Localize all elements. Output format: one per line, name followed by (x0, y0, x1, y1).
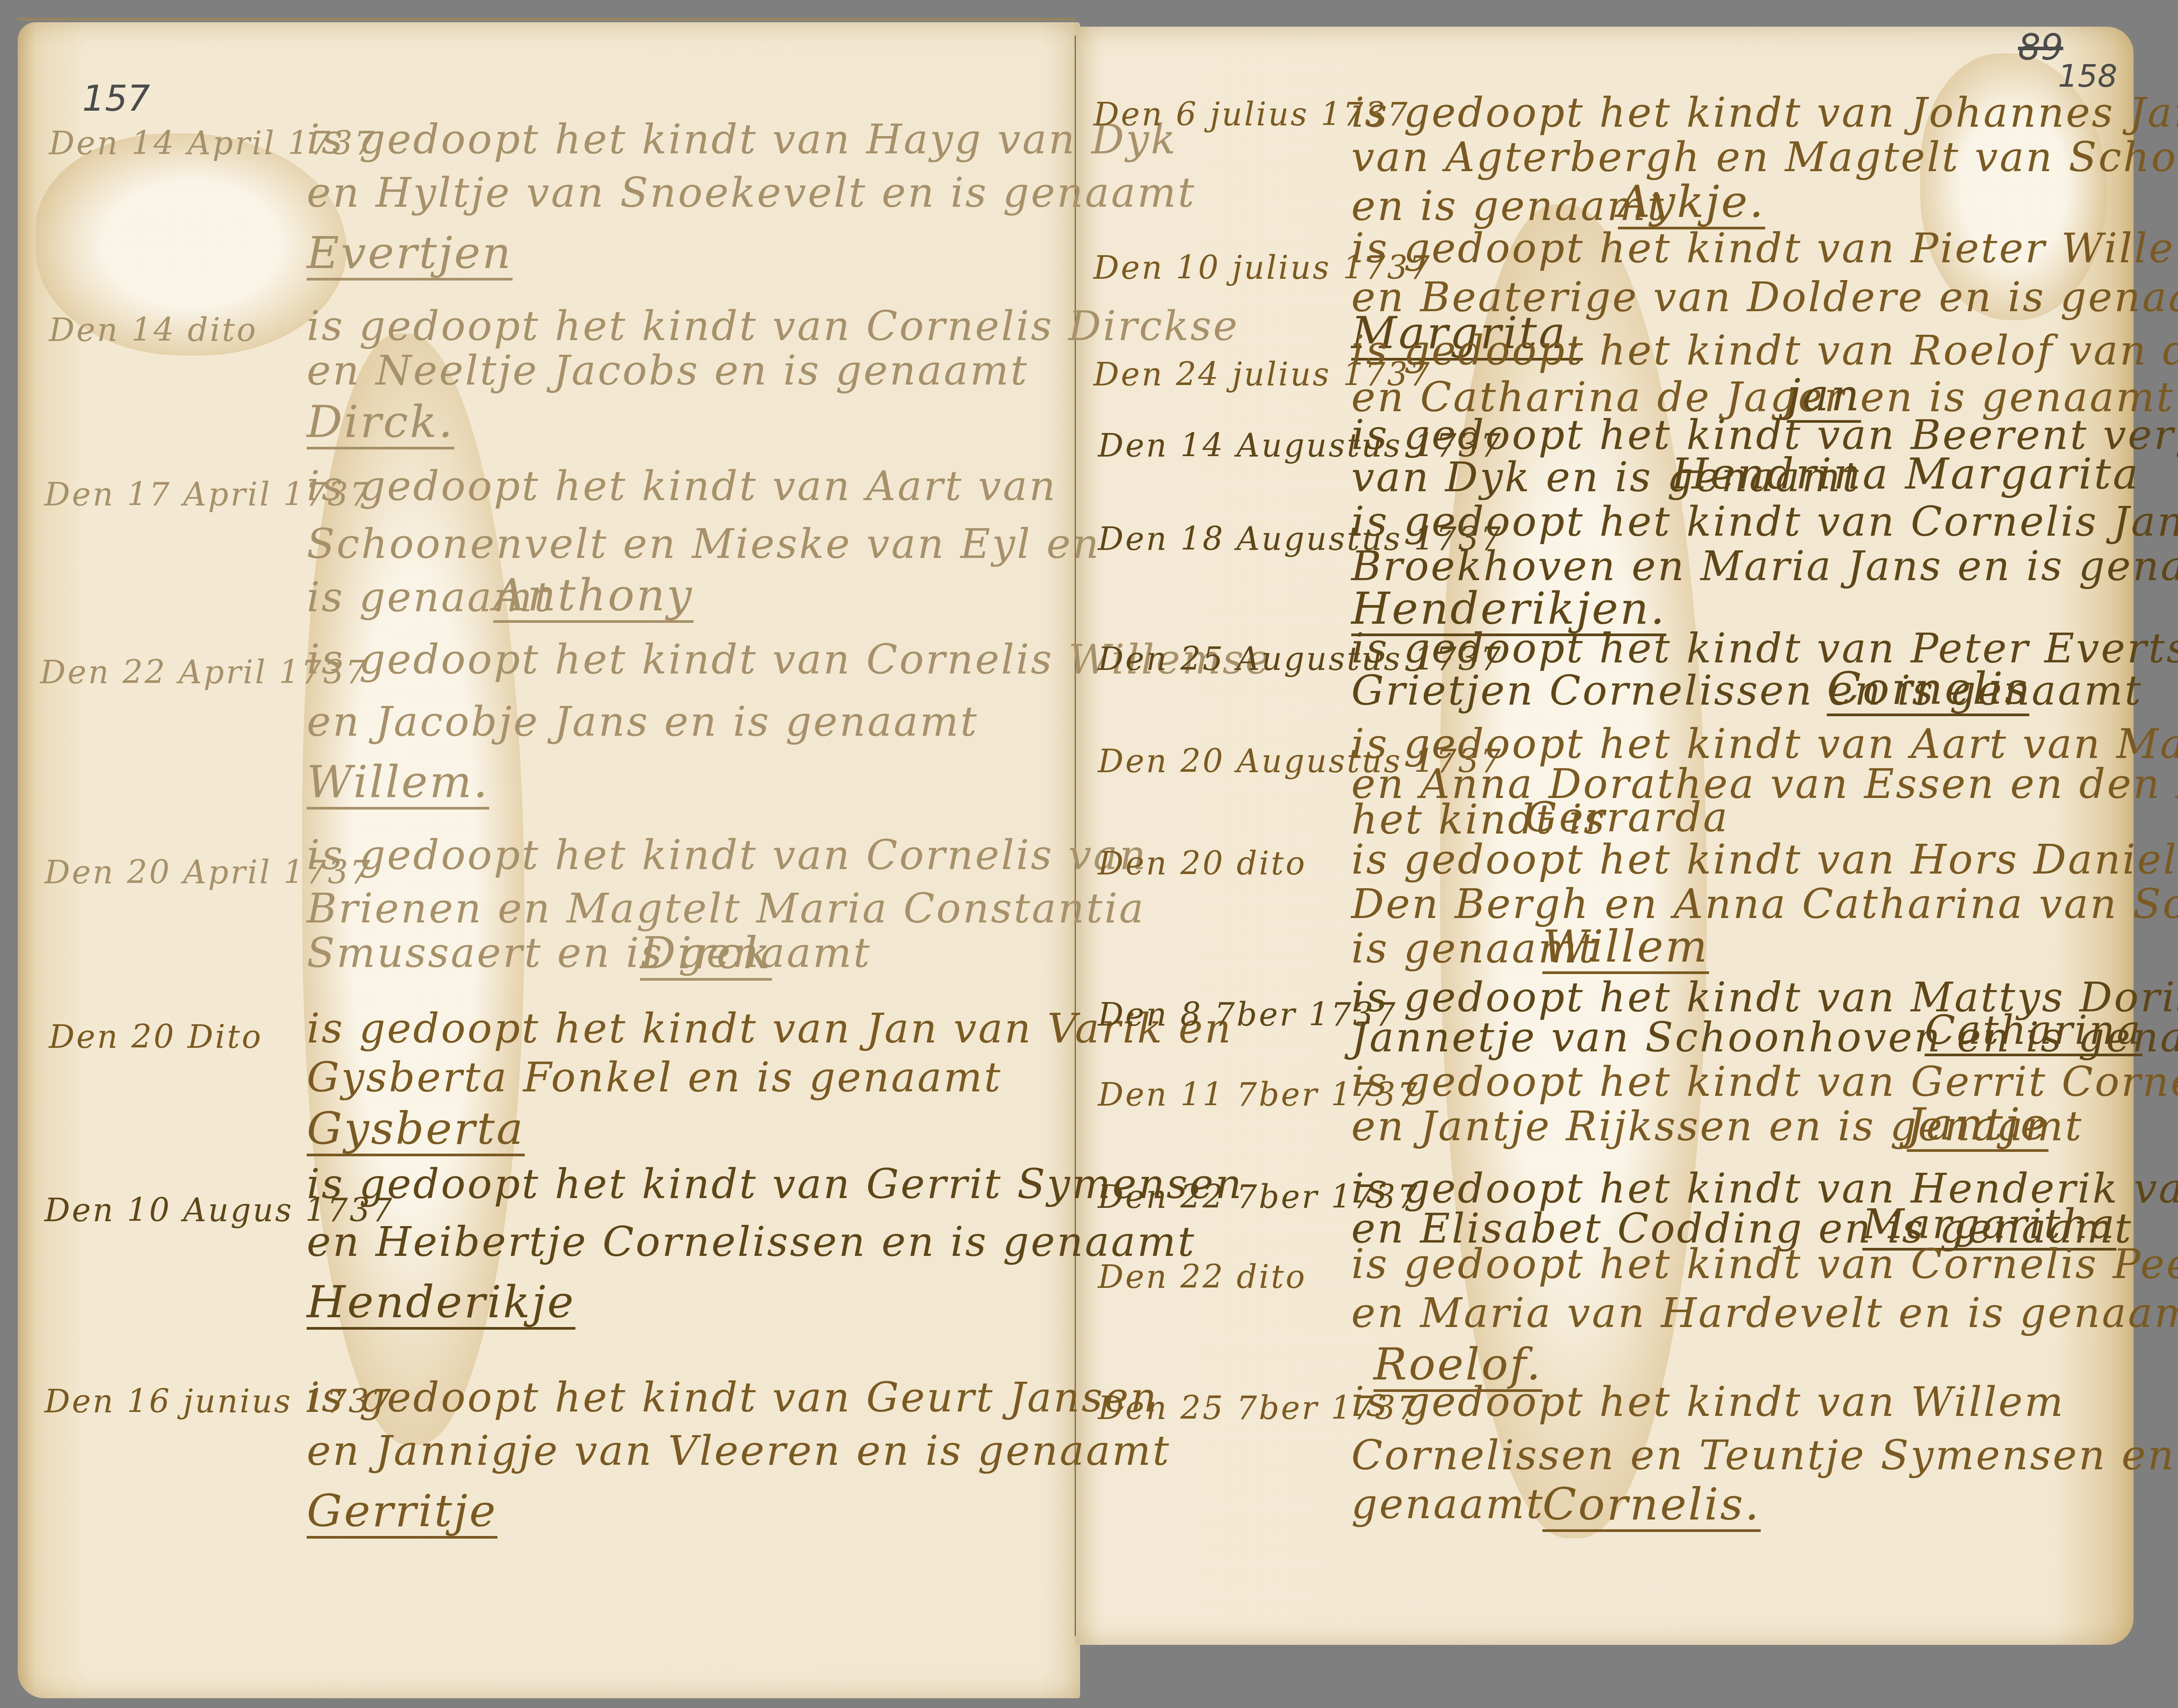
child-name: Cornelis. (1542, 1478, 1761, 1530)
entry-line: is gedoopt het kindt van Cornelis Dircks… (307, 302, 1239, 350)
child-name: Willem (1542, 920, 1709, 972)
entry-line: is gedoopt het kindt van Cornelis van (307, 831, 1148, 879)
child-name: Hendrina Margarita (1671, 449, 2140, 499)
entry-date: Den 20 Dito (49, 1018, 263, 1055)
entry-line: is gedoopt het kindt van Johannes Jansen (1351, 89, 2178, 136)
entry-line: van Agterbergh en Magtelt van Schoonevel… (1351, 133, 2178, 181)
entry-date: Den 20 dito (1098, 845, 1307, 882)
entry-line: is gedoopt het kindt van Roelof van den … (1351, 327, 2178, 374)
entry-line: en Heibertje Cornelissen en is genaamt (307, 1218, 1196, 1266)
entry-line: en Maria van Hardevelt en is genaamt (1351, 1289, 2178, 1337)
child-name: Dirck (640, 927, 772, 979)
entry-line: en Jannigje van Vleeren en is genaamt (307, 1427, 1171, 1475)
child-name: Henderikje (307, 1276, 576, 1328)
entry-line: is gedoopt het kindt van Hors Daniels va… (1351, 836, 2178, 883)
entry-line: is gedoopt het kindt van Hayg van Dyk (307, 116, 1177, 163)
child-name: Evertjen (307, 227, 512, 279)
child-name: Cornelis (1827, 662, 2029, 714)
entry-line: is gedoopt het kindt van Pieter Willeman… (1351, 225, 2178, 272)
entry-line: en Hyltje van Snoekevelt en is genaamt (307, 169, 1196, 217)
entry-line: is gedoopt het kindt van Cornelis Peeter… (1351, 1240, 2178, 1288)
entry-line: en Neeltje Jacobs en is genaamt (307, 347, 1029, 394)
child-name: Willem. (307, 756, 489, 808)
folio-number-struck: 89 (2018, 27, 2063, 68)
child-name: Gerritje (307, 1485, 497, 1537)
entry-line: is gedoopt het kindt van Willem (1351, 1378, 2065, 1426)
child-name: Aykje. (1618, 176, 1765, 228)
entry-line: is gedoopt het kindt van Cornelis Jansen… (1351, 498, 2178, 545)
entry-line: Gysberta Fonkel en is genaamt (307, 1054, 1002, 1101)
folio-number-left: 157 (82, 78, 150, 119)
child-name: Gerrarda (1525, 794, 1729, 841)
entry-line: is gedoopt het kindt van Aart van (307, 462, 1057, 510)
entry-line: Smussaert en is genaamt (307, 929, 872, 977)
child-name: Gysberta (307, 1103, 525, 1155)
entry-line: is gedoopt het kindt van Peter Evertsen … (1351, 625, 2178, 672)
entry-date: Den 22 dito (1098, 1258, 1307, 1295)
entry-line: Brienen en Magtelt Maria Constantia (307, 885, 1145, 932)
child-name: Jantje (1907, 1098, 2048, 1150)
entry-date: Den 14 dito (49, 311, 258, 349)
child-name: Anthony (493, 569, 693, 621)
entry-line: genaamt (1351, 1480, 1545, 1528)
child-name: Catharina (1925, 1007, 2142, 1054)
entry-line: en Jacobje Jans en is genaamt (307, 698, 978, 746)
entry-line: is gedoopt het kindt van Jan van Varik e… (307, 1005, 1233, 1052)
entry-line: Schoonenvelt en Mieske van Eyl en (307, 520, 1101, 568)
child-name: Dirck. (307, 396, 454, 448)
entry-line: is gedoopt het kindt van Gerrit Cornelis… (1351, 1058, 2178, 1106)
entry-line: is gedoopt het kindt van Geurt Jansen (307, 1374, 1158, 1421)
entry-line: Den Bergh en Anna Catharina van Soest en (1351, 880, 2178, 928)
entry-line: Cornelissen en Teuntje Symensen en is (1351, 1431, 2178, 1479)
